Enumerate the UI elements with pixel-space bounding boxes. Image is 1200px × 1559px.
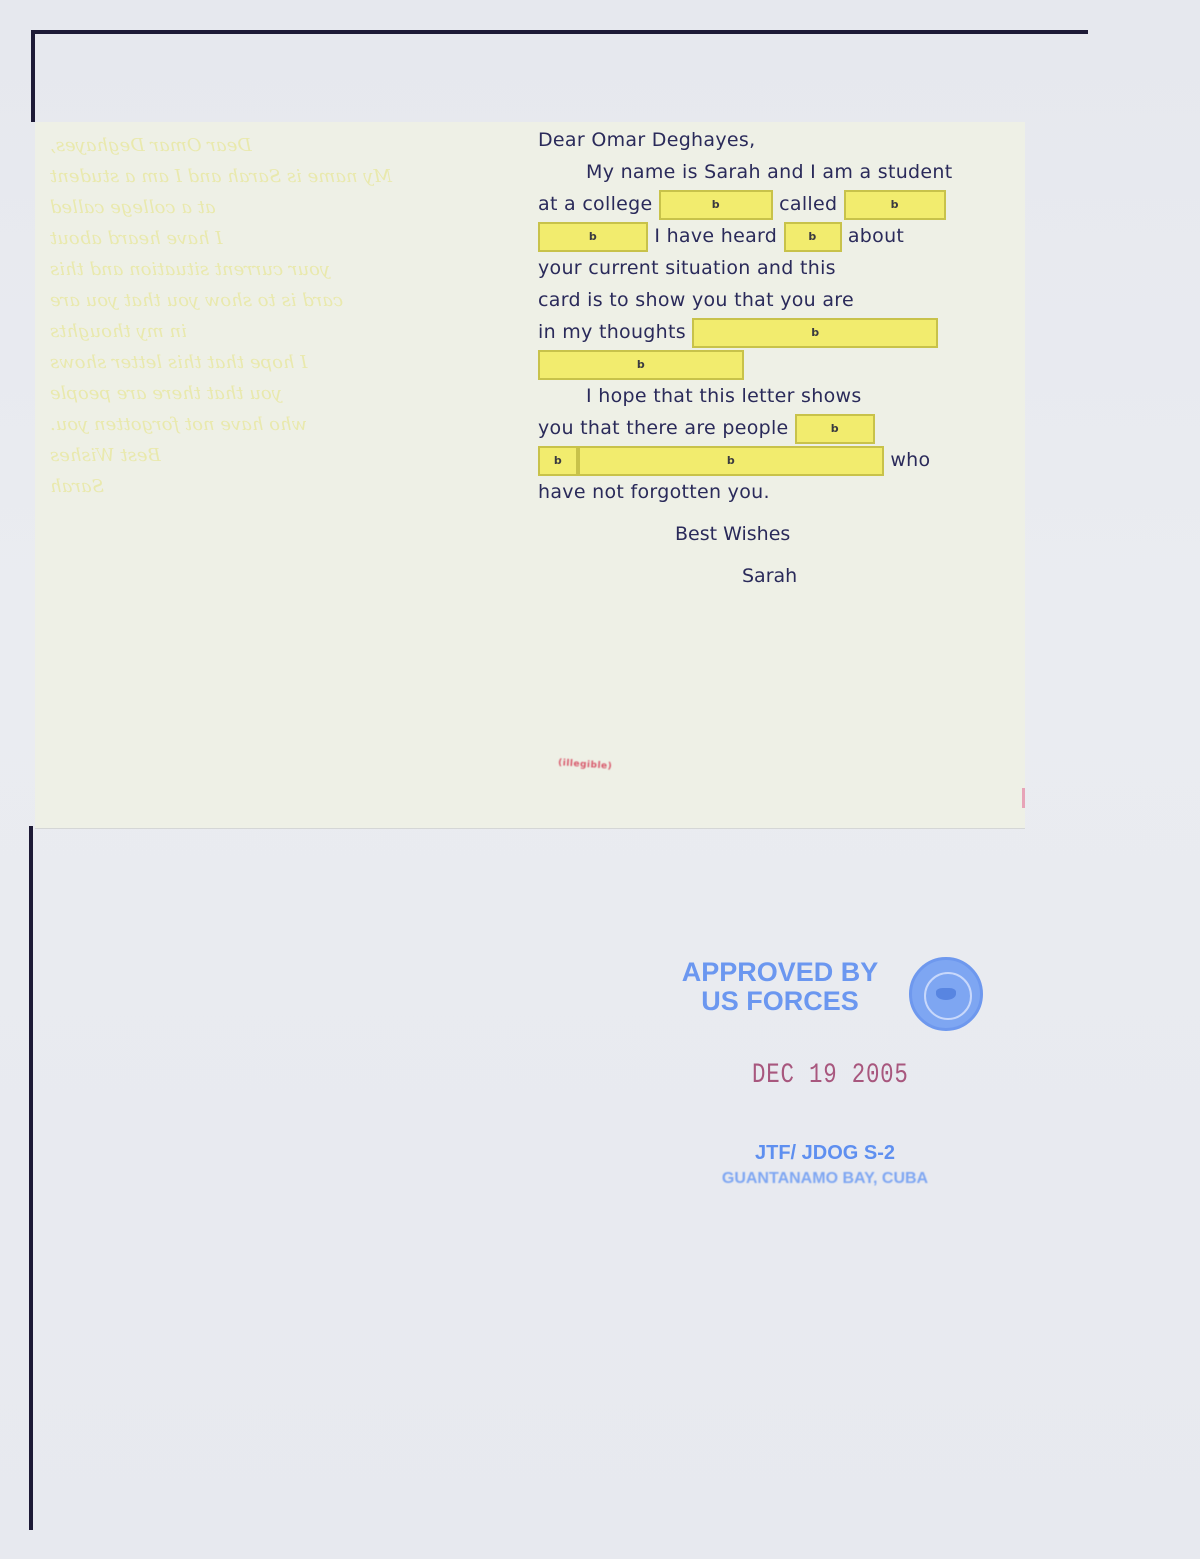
redaction-box: b bbox=[692, 318, 938, 348]
bleed-line: card is to show you that you are bbox=[50, 285, 520, 316]
letter-text: called bbox=[773, 193, 844, 215]
bleed-line: My name is Sarah and I am a student bbox=[50, 161, 520, 192]
red-mark bbox=[1022, 788, 1025, 808]
letter-text: I hope that this letter shows bbox=[586, 385, 862, 407]
letter-line: in my thoughts b bbox=[538, 316, 1008, 348]
bleed-line: who have not forgotten you. bbox=[50, 409, 520, 440]
letter-text: at a college bbox=[538, 193, 659, 215]
handwritten-letter: Dear Omar Deghayes, My name is Sarah and… bbox=[538, 124, 1008, 508]
date-stamp: DEC 19 2005 bbox=[752, 1060, 909, 1091]
unit-stamp-line-2: GUANTANAMO BAY, CUBA bbox=[690, 1170, 960, 1188]
approved-line-2: US FORCES bbox=[680, 987, 880, 1016]
letter-line: bb who bbox=[538, 444, 1008, 476]
redaction-box: b bbox=[784, 222, 842, 252]
border-rule-left-upper bbox=[31, 30, 35, 122]
approved-line-1: APPROVED BY bbox=[680, 958, 880, 987]
bleed-line: your current situation and this bbox=[50, 254, 520, 285]
letter-line: have not forgotten you. bbox=[538, 476, 1008, 508]
redaction-box: b bbox=[844, 190, 946, 220]
letter-line: b bbox=[538, 348, 1008, 380]
scanned-page: Dear Omar Deghayes,My name is Sarah and … bbox=[0, 0, 1200, 1559]
letter-text: card is to show you that you are bbox=[538, 289, 854, 311]
bleed-line: at a college called bbox=[50, 192, 520, 223]
letter-line: I hope that this letter shows bbox=[538, 380, 1008, 412]
border-rule-top bbox=[32, 30, 1088, 34]
bleed-line: Sarah bbox=[50, 471, 520, 502]
letter-salutation: Dear Omar Deghayes, bbox=[538, 124, 1008, 156]
bleed-line: I hope that this letter shows bbox=[50, 347, 520, 378]
letter-text: who bbox=[884, 449, 930, 471]
letter-text: you that there are people bbox=[538, 417, 795, 439]
bleed-line: you that there are people bbox=[50, 378, 520, 409]
letter-line: you that there are people b bbox=[538, 412, 1008, 444]
redaction-box: b bbox=[538, 222, 648, 252]
redaction-box: b bbox=[538, 446, 578, 476]
bleed-line: in my thoughts bbox=[50, 316, 520, 347]
redaction-box: b bbox=[538, 350, 744, 380]
bleed-line: Dear Omar Deghayes, bbox=[50, 130, 520, 161]
letter-text: your current situation and this bbox=[538, 257, 836, 279]
letter-line: at a college b called b bbox=[538, 188, 1008, 220]
redaction-box: b bbox=[795, 414, 875, 444]
letter-line: card is to show you that you are bbox=[538, 284, 1008, 316]
letter-text: My name is Sarah and I am a student bbox=[586, 161, 953, 183]
letter-text: have not forgotten you. bbox=[538, 481, 770, 503]
bleed-line: Best Wishes bbox=[50, 440, 520, 471]
letter-text: about bbox=[842, 225, 905, 247]
approved-stamp: APPROVED BY US FORCES bbox=[680, 958, 880, 1016]
bleed-through-text: Dear Omar Deghayes,My name is Sarah and … bbox=[50, 130, 520, 502]
letter-body: My name is Sarah and I am a studentat a … bbox=[538, 156, 1008, 508]
letter-text: I have heard bbox=[648, 225, 784, 247]
letter-signature: Sarah bbox=[742, 565, 797, 587]
letter-closing: Best Wishes bbox=[675, 523, 790, 545]
unit-stamp-line-1: JTF/ JDOG S-2 bbox=[700, 1142, 950, 1165]
letter-line: b I have heard b about bbox=[538, 220, 1008, 252]
redaction-box: b bbox=[659, 190, 773, 220]
bleed-line: I have heard about bbox=[50, 223, 520, 254]
letter-line: your current situation and this bbox=[538, 252, 1008, 284]
letter-line: My name is Sarah and I am a student bbox=[538, 156, 1008, 188]
letter-text: in my thoughts bbox=[538, 321, 692, 343]
dod-seal-icon bbox=[909, 957, 983, 1031]
border-rule-left-lower bbox=[29, 826, 33, 1530]
redaction-box: b bbox=[578, 446, 884, 476]
